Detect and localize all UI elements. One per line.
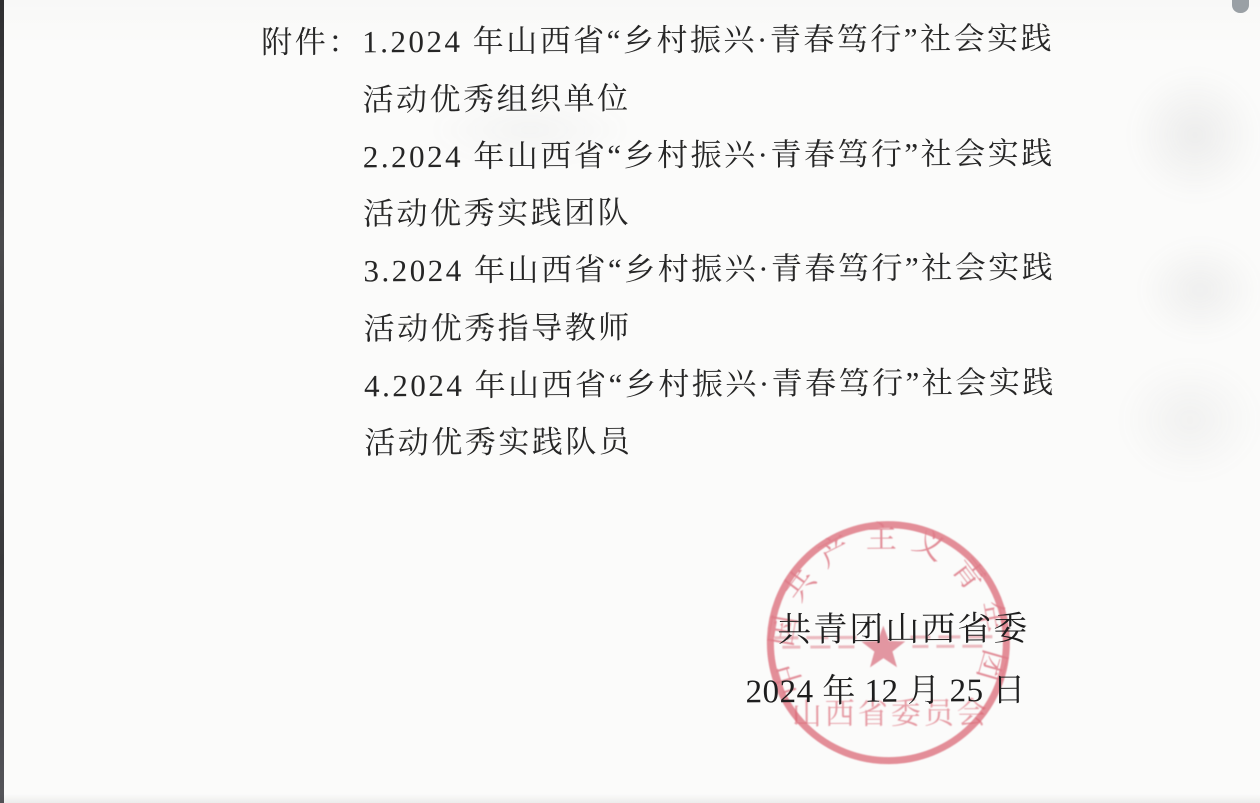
document-content: 附件： 1.2024 年山西省“乡村振兴·青春笃行”社会实践 活动优秀组织单位 … [0, 0, 1260, 803]
attachment-item-4-line-2: 活动优秀实践队员 [364, 423, 632, 462]
scan-bottom-shadow [0, 794, 1260, 803]
scanned-document-page: 附件： 1.2024 年山西省“乡村振兴·青春笃行”社会实践 活动优秀组织单位 … [0, 0, 1260, 803]
scan-left-edge [0, 0, 4, 803]
attachment-item-4-line-1: 4.2024 年山西省“乡村振兴·青春笃行”社会实践 [364, 364, 1056, 405]
attachment-item-2-line-1: 2.2024 年山西省“乡村振兴·青春笃行”社会实践 [363, 135, 1055, 176]
attachment-item-3-line-1: 3.2024 年山西省“乡村振兴·青春笃行”社会实践 [363, 249, 1055, 290]
document-date: 2024 年 12 月 25 日 [745, 664, 1025, 712]
attachment-item-1-line-1: 1.2024 年山西省“乡村振兴·青春笃行”社会实践 [362, 20, 1054, 61]
signature-org-name: 共青团山西省委 [777, 601, 1029, 651]
attachment-item-2-line-2: 活动优秀实践团队 [363, 194, 631, 233]
attachment-item-3-line-2: 活动优秀指导教师 [364, 309, 632, 348]
attachment-label: 附件： [261, 23, 362, 61]
attachment-item-1-line-2: 活动优秀组织单位 [362, 80, 630, 119]
